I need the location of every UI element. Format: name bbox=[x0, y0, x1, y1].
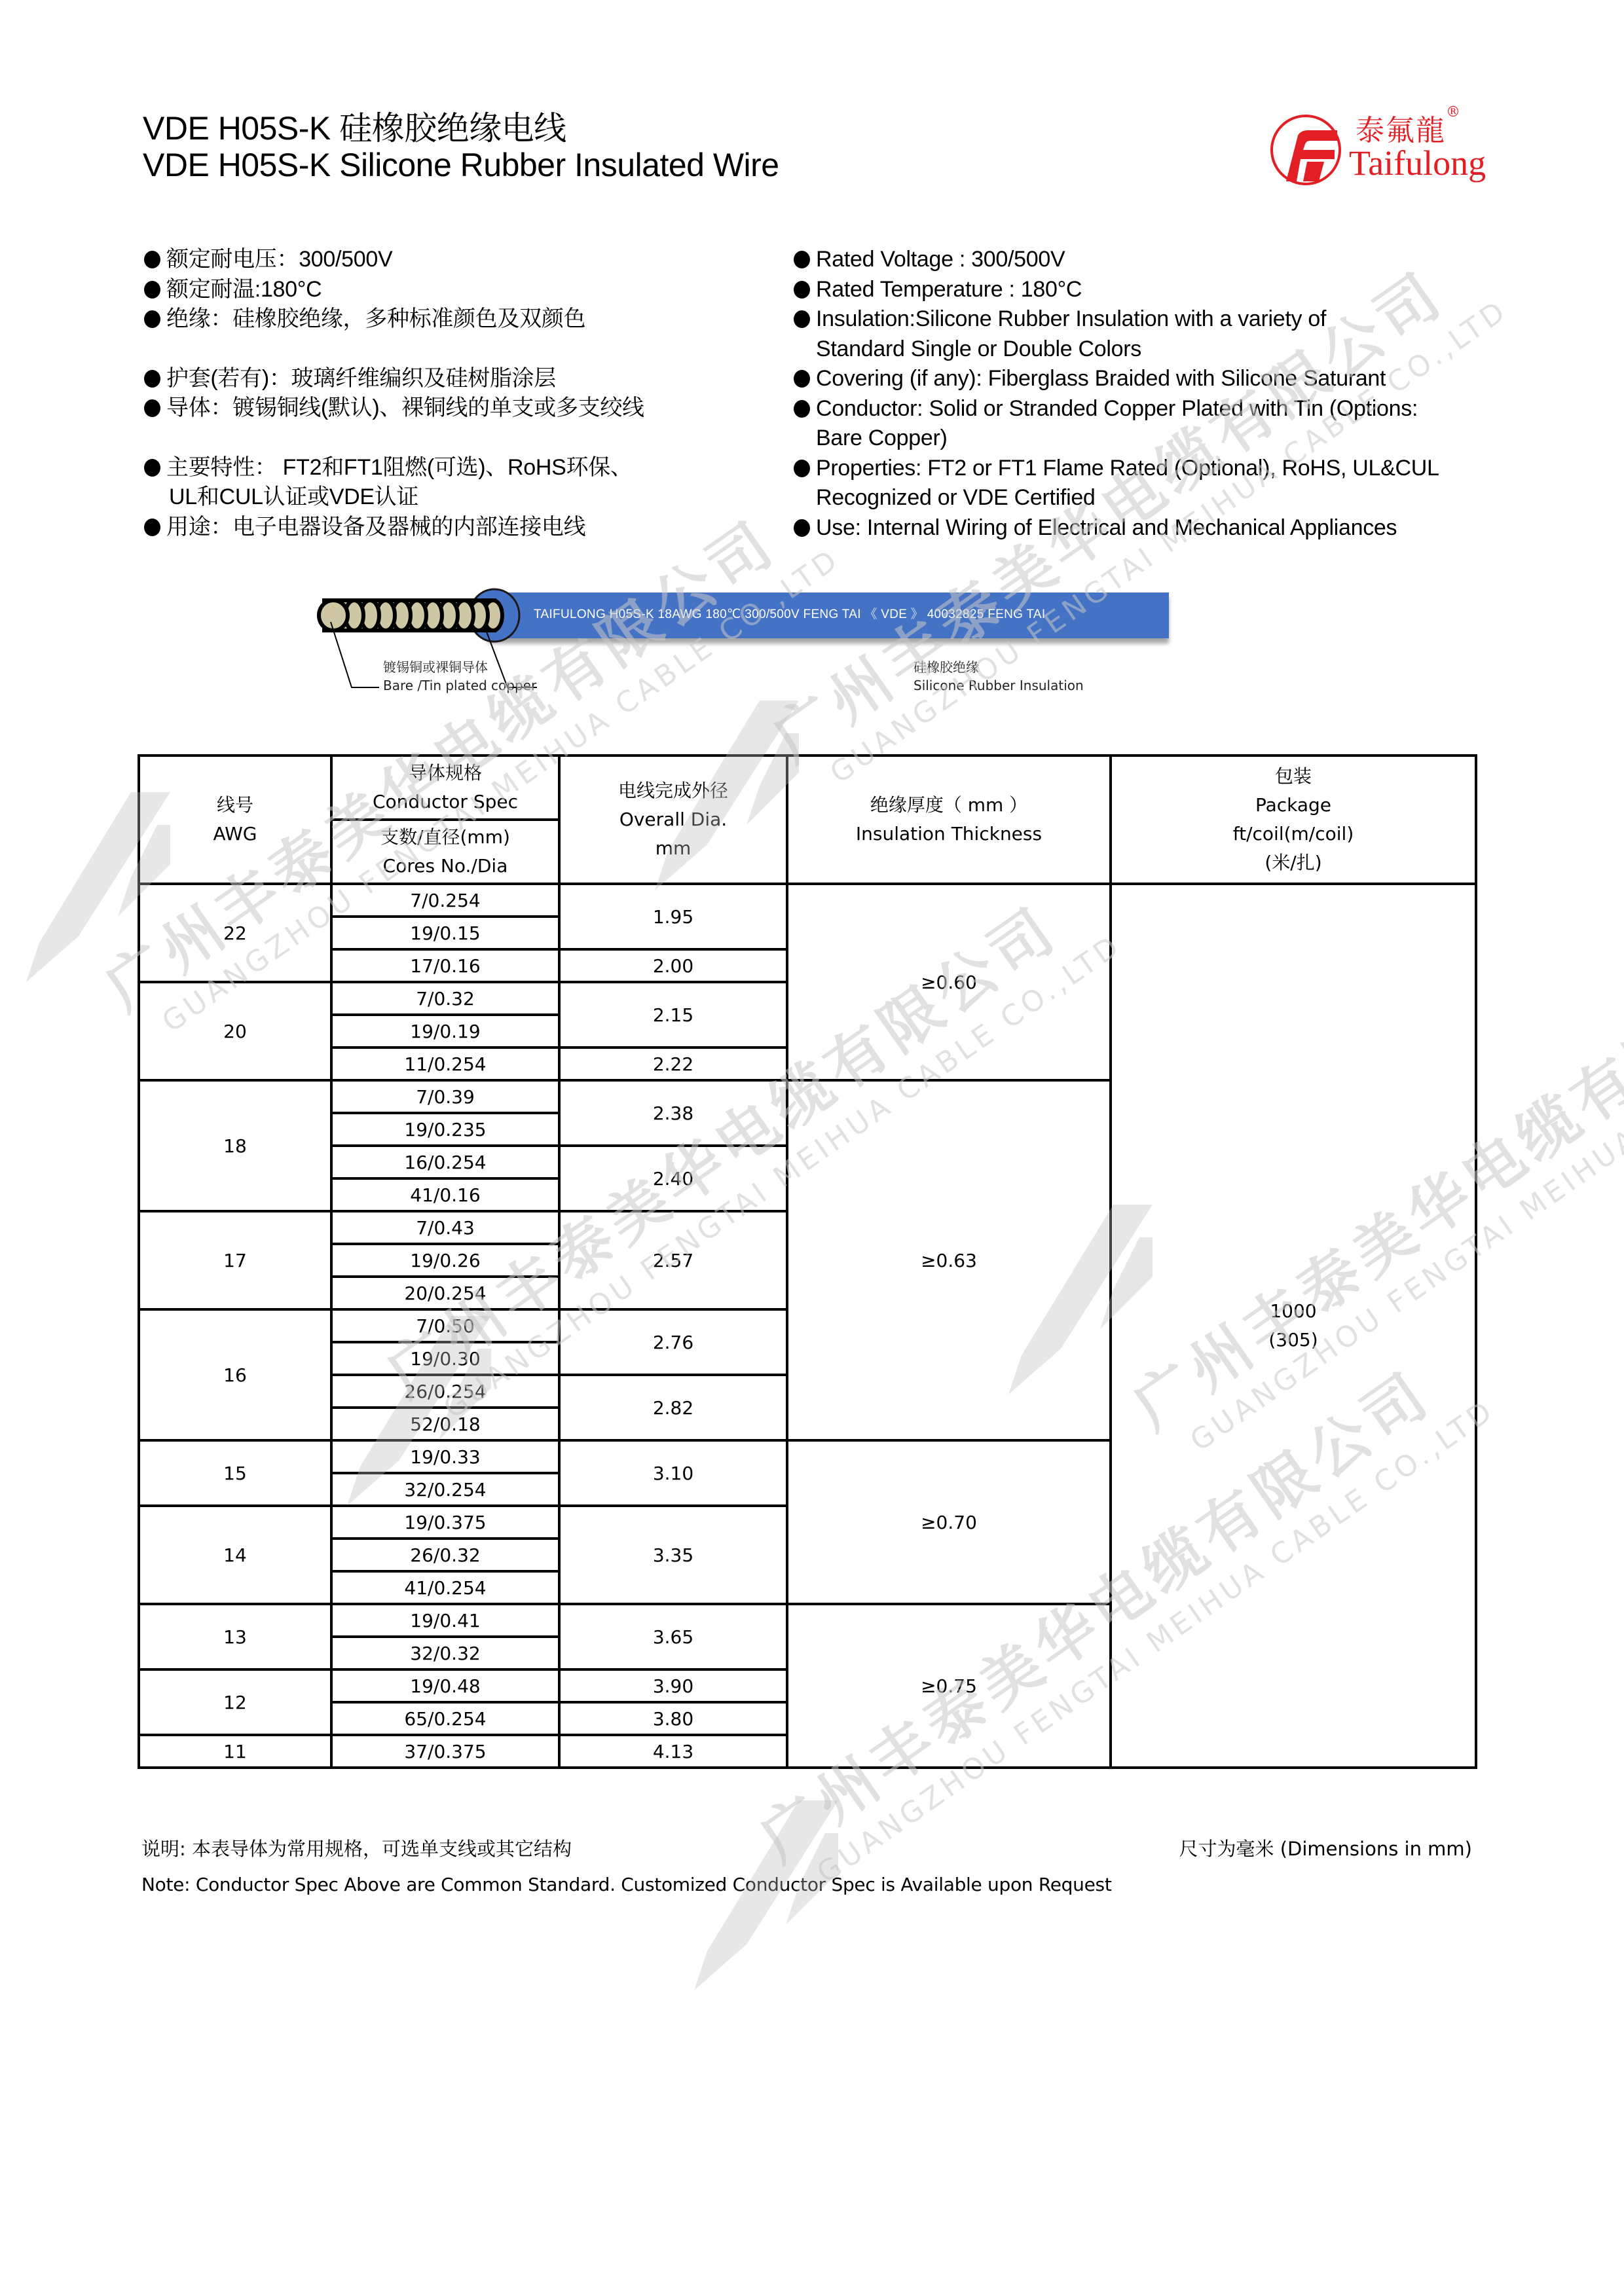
spec-item: Properties: FT2 or FT1 Flame Rated (Opti… bbox=[790, 454, 1439, 513]
cell-overall-diameter: 2.00 bbox=[559, 949, 787, 982]
header-insulation-thickness: 绝缘厚度（ mm ）Insulation Thickness bbox=[787, 756, 1111, 884]
cell-cores-dia: 7/0.50 bbox=[331, 1309, 559, 1342]
cell-overall-diameter: 2.40 bbox=[559, 1146, 787, 1211]
taifulong-logo: 泰氟龍® Taifulong bbox=[1269, 107, 1492, 185]
cell-cores-dia: 19/0.15 bbox=[331, 917, 559, 949]
cell-awg: 16 bbox=[139, 1309, 331, 1440]
spec-item: Covering (if any): Fiberglass Braided wi… bbox=[790, 364, 1439, 394]
cell-cores-dia: 19/0.30 bbox=[331, 1342, 559, 1375]
cell-cores-dia: 7/0.43 bbox=[331, 1211, 559, 1244]
cell-overall-diameter: 1.95 bbox=[559, 884, 787, 949]
title-chinese: VDE H05S-K 硅橡胶绝缘电线 bbox=[143, 110, 779, 147]
spec-item: 绝缘：硅橡胶绝缘，多种标准颜色及双颜色 bbox=[140, 304, 644, 335]
cell-cores-dia: 7/0.254 bbox=[331, 884, 559, 917]
spec-item: 额定耐温:180°C bbox=[140, 275, 644, 305]
conductor-callout: 镀锡铜或裸铜导体 Bare /Tin plated copper bbox=[383, 658, 536, 695]
cell-cores-dia: 11/0.254 bbox=[331, 1048, 559, 1080]
cell-cores-dia: 19/0.26 bbox=[331, 1244, 559, 1277]
cell-package: 1000(305) bbox=[1111, 884, 1476, 1768]
cell-awg: 20 bbox=[139, 982, 331, 1080]
cell-overall-diameter: 3.90 bbox=[559, 1669, 787, 1702]
specification-table: 线号AWG 导体规格Conductor Spec 电线完成外径Overall D… bbox=[138, 754, 1477, 1769]
spec-item: 护套(若有)：玻璃纤维编织及硅树脂涂层 bbox=[140, 364, 644, 394]
cell-awg: 18 bbox=[139, 1080, 331, 1211]
cell-cores-dia: 19/0.235 bbox=[331, 1113, 559, 1146]
document-title: VDE H05S-K 硅橡胶绝缘电线 VDE H05S-K Silicone R… bbox=[143, 110, 779, 183]
cell-cores-dia: 19/0.33 bbox=[331, 1440, 559, 1473]
cell-cores-dia: 41/0.254 bbox=[331, 1571, 559, 1604]
header-cores-dia: 支数/直径(mm)Cores No./Dia bbox=[331, 820, 559, 884]
cell-overall-diameter: 3.80 bbox=[559, 1702, 787, 1735]
insulation-callout: 硅橡胶绝缘 Silicone Rubber Insulation bbox=[913, 658, 1084, 695]
table-row: 227/0.2541.95≥0.601000(305) bbox=[139, 884, 1476, 917]
cell-overall-diameter: 2.82 bbox=[559, 1375, 787, 1440]
cell-awg: 12 bbox=[139, 1669, 331, 1735]
cell-cores-dia: 16/0.254 bbox=[331, 1146, 559, 1178]
cell-overall-diameter: 3.65 bbox=[559, 1604, 787, 1669]
cell-cores-dia: 20/0.254 bbox=[331, 1277, 559, 1309]
note-english: Note: Conductor Spec Above are Common St… bbox=[141, 1874, 1112, 1895]
header-package: 包装Packageft/coil(m/coil)(米/扎) bbox=[1111, 756, 1476, 884]
spec-list-english: Rated Voltage : 300/500VRated Temperatur… bbox=[790, 245, 1439, 543]
header-overall-diameter: 电线完成外径Overall Dia.mm bbox=[559, 756, 787, 884]
cell-cores-dia: 26/0.254 bbox=[331, 1375, 559, 1408]
cell-overall-diameter: 4.13 bbox=[559, 1735, 787, 1768]
cell-overall-diameter: 2.57 bbox=[559, 1211, 787, 1309]
cell-overall-diameter: 2.38 bbox=[559, 1080, 787, 1146]
spec-list-chinese: 额定耐电压：300/500V额定耐温:180°C绝缘：硅橡胶绝缘，多种标准颜色及… bbox=[140, 245, 644, 542]
cell-cores-dia: 37/0.375 bbox=[331, 1735, 559, 1768]
cell-cores-dia: 7/0.32 bbox=[331, 982, 559, 1015]
spec-item: Conductor: Solid or Stranded Copper Plat… bbox=[790, 394, 1439, 454]
spec-item: 额定耐电压：300/500V bbox=[140, 245, 644, 275]
brand-name-english: Taifulong bbox=[1349, 143, 1486, 183]
wire-diagram: TAIFULONG H05S-K 18AWG 180℃ 300/500V FEN… bbox=[304, 586, 1169, 710]
cell-insulation-thickness: ≥0.63 bbox=[787, 1080, 1111, 1440]
cell-cores-dia: 52/0.18 bbox=[331, 1408, 559, 1440]
cell-cores-dia: 41/0.16 bbox=[331, 1178, 559, 1211]
spec-item: 导体：镀锡铜线(默认)、裸铜线的单支或多支绞线 bbox=[140, 393, 644, 424]
cell-cores-dia: 17/0.16 bbox=[331, 949, 559, 982]
taifulong-f-emblem-icon bbox=[1269, 113, 1342, 187]
spec-item: Insulation:Silicone Rubber Insulation wi… bbox=[790, 304, 1439, 364]
cell-overall-diameter: 2.15 bbox=[559, 982, 787, 1048]
cell-cores-dia: 19/0.41 bbox=[331, 1604, 559, 1637]
cell-awg: 11 bbox=[139, 1735, 331, 1768]
cell-overall-diameter: 3.10 bbox=[559, 1440, 787, 1506]
title-english: VDE H05S-K Silicone Rubber Insulated Wir… bbox=[143, 147, 779, 183]
cell-insulation-thickness: ≥0.75 bbox=[787, 1604, 1111, 1768]
spec-item: Rated Temperature : 180°C bbox=[790, 275, 1439, 305]
cell-awg: 17 bbox=[139, 1211, 331, 1309]
cell-cores-dia: 19/0.19 bbox=[331, 1015, 559, 1048]
cell-cores-dia: 7/0.39 bbox=[331, 1080, 559, 1113]
dimensions-note: 尺寸为毫米 (Dimensions in mm) bbox=[1179, 1834, 1472, 1861]
cell-cores-dia: 19/0.48 bbox=[331, 1669, 559, 1702]
cell-cores-dia: 32/0.254 bbox=[331, 1473, 559, 1506]
spec-item: Use: Internal Wiring of Electrical and M… bbox=[790, 513, 1439, 543]
cell-cores-dia: 32/0.32 bbox=[331, 1637, 559, 1669]
cell-awg: 13 bbox=[139, 1604, 331, 1669]
cell-insulation-thickness: ≥0.70 bbox=[787, 1440, 1111, 1604]
header-awg: 线号AWG bbox=[139, 756, 331, 884]
cell-cores-dia: 26/0.32 bbox=[331, 1539, 559, 1571]
cell-cores-dia: 65/0.254 bbox=[331, 1702, 559, 1735]
spec-item: Rated Voltage : 300/500V bbox=[790, 245, 1439, 275]
spec-item: 用途：电子电器设备及器械的内部连接电线 bbox=[140, 513, 644, 543]
cell-awg: 14 bbox=[139, 1506, 331, 1604]
cell-overall-diameter: 3.35 bbox=[559, 1506, 787, 1604]
wire-print-legend: TAIFULONG H05S-K 18AWG 180℃ 300/500V FEN… bbox=[534, 604, 1045, 622]
header-conductor-spec: 导体规格Conductor Spec bbox=[331, 756, 559, 820]
spec-item: 主要特性： FT2和FT1阻燃(可选)、RoHS环保、UL和CUL认证或VDE认… bbox=[140, 453, 644, 513]
cell-awg: 22 bbox=[139, 884, 331, 982]
note-chinese: 说明: 本表导体为常用规格，可选单支线或其它结构 bbox=[141, 1834, 572, 1861]
cell-insulation-thickness: ≥0.60 bbox=[787, 884, 1111, 1080]
cell-overall-diameter: 2.22 bbox=[559, 1048, 787, 1080]
cell-overall-diameter: 2.76 bbox=[559, 1309, 787, 1375]
cell-cores-dia: 19/0.375 bbox=[331, 1506, 559, 1539]
cell-awg: 15 bbox=[139, 1440, 331, 1506]
